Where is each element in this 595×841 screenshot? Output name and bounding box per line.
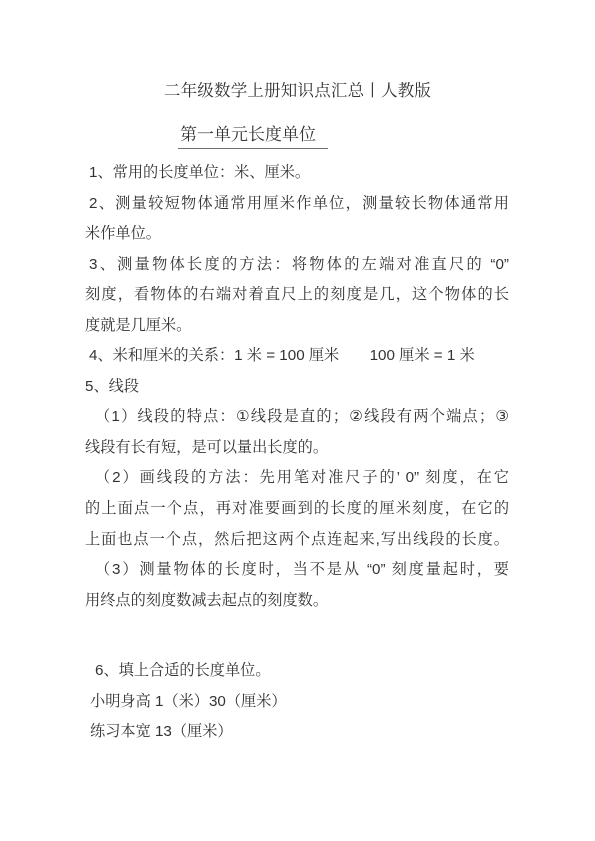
text-line-sub1-cont: 线段有长有短，是可以量出长度的。 (85, 433, 509, 464)
section-heading: 第一单元长度单位 (178, 120, 328, 149)
text-line-example2: 练习本宽 13（厘米） (85, 717, 509, 748)
text-line-sub1: （1）线段的特点：①线段是直的；②线段有两个端点；③ (85, 402, 509, 433)
text-line-point1: 1、常用的长度单位：米、厘米。 (85, 158, 509, 189)
section-heading-container: 第一单元长度单位 (178, 120, 328, 149)
text-line-point4: 4、米和厘米的关系：1 米 = 100 厘米 100 厘米 = 1 米 (85, 341, 509, 372)
text-line-point2-cont: 米作单位。 (85, 219, 509, 250)
text-line-point6: 6、填上合适的长度单位。 (85, 656, 509, 687)
text-line-point3-cont1: 刻度，看物体的右端对着直尺上的刻度是几，这个物体的长 (85, 280, 509, 311)
document-body: 1、常用的长度单位：米、厘米。 2、测量较短物体通常用厘米作单位，测量较长物体通… (85, 158, 509, 748)
text-line-point3-cont2: 度就是几厘米。 (85, 311, 509, 342)
text-line-sub2-cont2: 上面也点一个点，然后把这两个点连起来,写出线段的长度。 (85, 525, 509, 556)
text-line-sub2: （2）画线段的方法：先用笔对准尺子的’ 0” 刻度，在它 (85, 463, 509, 494)
text-line-sub3: （3）测量物体的长度时，当不是从 “0” 刻度量起时，要 (85, 555, 509, 586)
blank-line-spacer (85, 616, 509, 656)
text-line-sub2-cont1: 的上面点一个点，再对准要画到的长度的厘米刻度，在它的 (85, 494, 509, 525)
text-line-sub3-cont: 用终点的刻度数减去起点的刻度数。 (85, 586, 509, 617)
text-line-example1: 小明身高 1（米）30（厘米） (85, 687, 509, 718)
document-page: 二年级数学上册知识点汇总丨人教版 第一单元长度单位 1、常用的长度单位：米、厘米… (0, 0, 595, 841)
text-line-point5: 5、线段 (85, 372, 509, 403)
text-line-point3: 3、测量物体长度的方法：将物体的左端对准直尺的 “0” (85, 250, 509, 281)
document-title: 二年级数学上册知识点汇总丨人教版 (0, 77, 595, 101)
text-line-point2: 2、测量较短物体通常用厘米作单位，测量较长物体通常用 (85, 189, 509, 220)
